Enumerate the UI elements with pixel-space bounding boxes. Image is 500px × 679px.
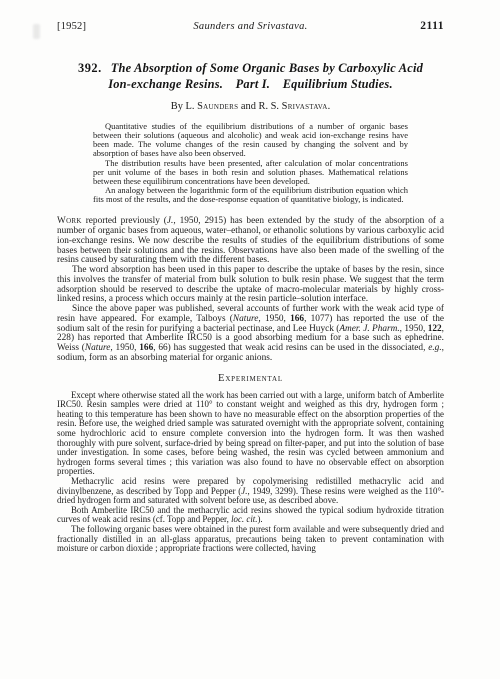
abstract: Quantitative studies of the equilibrium …	[93, 122, 408, 204]
intro-paragraph-3: Since the above paper was published, sev…	[57, 305, 444, 364]
article-title-text-2: Ion-exchange Resins. Part I. Equilibrium…	[57, 77, 444, 93]
experimental-section: Except where otherwise stated all the wo…	[57, 391, 444, 554]
issue-year: [1952]	[57, 21, 127, 33]
byline: By L. Saunders and R. S. Srivastava.	[57, 101, 444, 113]
article-title-block: 392.The Absorption of Some Organic Bases…	[57, 61, 444, 92]
introduction-section: Work reported previously (J., 1950, 2915…	[57, 217, 444, 363]
running-title: Saunders and Srivastava.	[127, 21, 374, 33]
experimental-paragraph-1: Except where otherwise stated all the wo…	[57, 391, 444, 477]
experimental-paragraph-4: The following organic bases were obtaine…	[57, 525, 444, 554]
experimental-paragraph-2: Methacrylic acid resins were prepared by…	[57, 477, 444, 506]
intro-paragraph-1: Work reported previously (J., 1950, 2915…	[57, 217, 444, 266]
article-title-line-1: 392.The Absorption of Some Organic Bases…	[57, 61, 444, 77]
page-number: 2111	[374, 20, 444, 32]
article-number: 392.	[78, 61, 102, 75]
journal-page: [1952] Saunders and Srivastava. 2111 392…	[0, 0, 500, 679]
scan-artifact	[33, 24, 40, 39]
abstract-paragraph-1: Quantitative studies of the equilibrium …	[93, 122, 408, 159]
intro-paragraph-2: The word absorption has been used in thi…	[57, 266, 444, 305]
page-header: [1952] Saunders and Srivastava. 2111	[57, 20, 444, 33]
abstract-paragraph-2: The distribution results have been prese…	[93, 159, 408, 186]
experimental-paragraph-3: Both Amberlite IRC50 and the methacrylic…	[57, 506, 444, 525]
experimental-section-heading: Experimental	[57, 373, 444, 385]
abstract-paragraph-3: An analogy between the logarithmic form …	[93, 186, 408, 204]
article-title-text-1: The Absorption of Some Organic Bases by …	[111, 61, 423, 75]
